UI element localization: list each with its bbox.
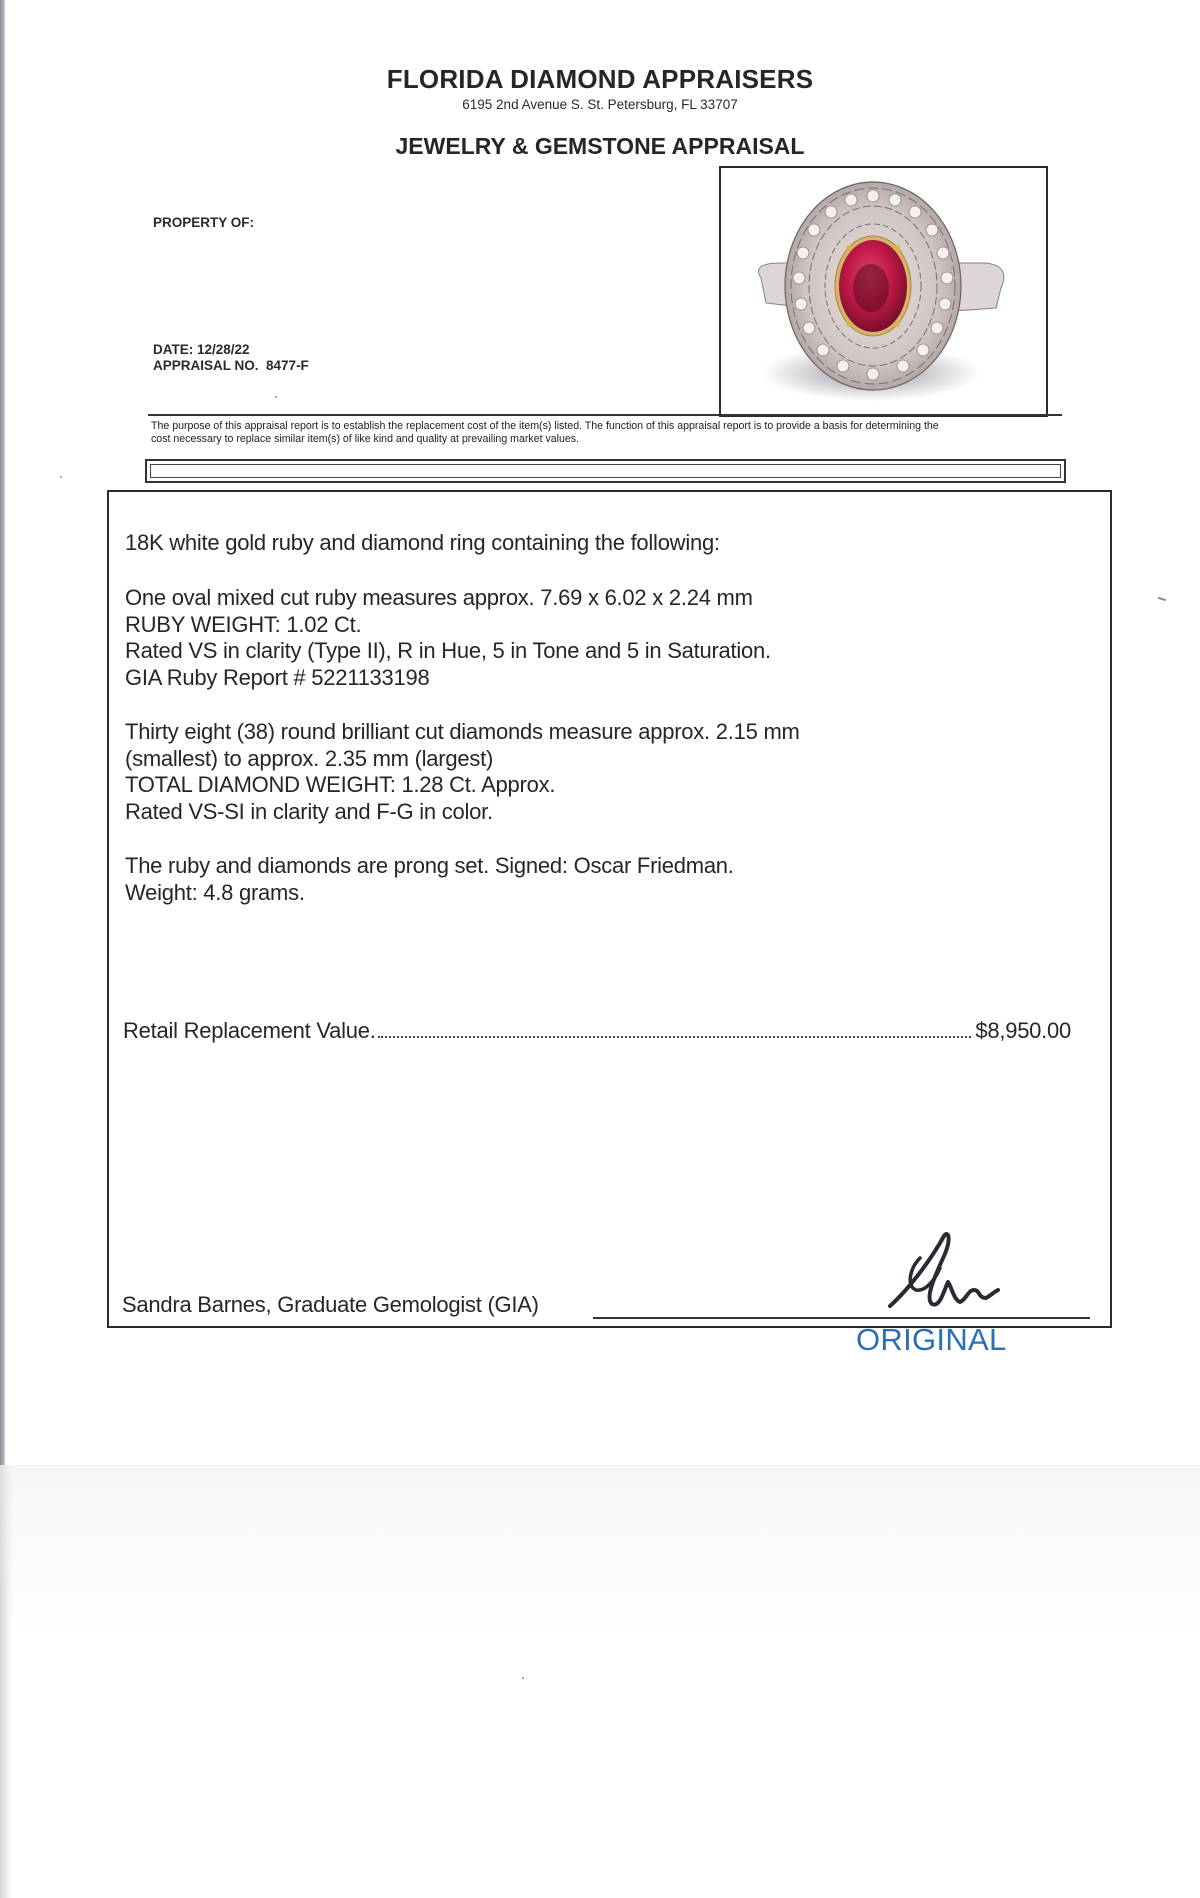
diamond-details: Thirty eight (38) round brilliant cut di… xyxy=(125,719,800,825)
item-summary: 18K white gold ruby and diamond ring con… xyxy=(125,530,720,557)
scan-speck xyxy=(522,1677,524,1679)
disclaimer-line-2: cost necessary to replace similar item(s… xyxy=(151,433,1066,446)
disclaimer: The purpose of this appraisal report is … xyxy=(151,420,1066,446)
section-separator-bar xyxy=(145,459,1066,483)
diamond-detail-line: Thirty eight (38) round brilliant cut di… xyxy=(125,719,800,746)
setting-detail-line: Weight: 4.8 grams. xyxy=(125,880,734,907)
scan-edge-shadow xyxy=(0,0,5,1465)
setting-detail-line: The ruby and diamonds are prong set. Sig… xyxy=(125,853,734,880)
appraiser-name: Sandra Barnes, Graduate Gemologist (GIA) xyxy=(122,1292,539,1318)
scan-speck xyxy=(60,476,62,478)
value-amount: $8,950.00 xyxy=(975,1018,1071,1044)
diamond-detail-line: TOTAL DIAMOND WEIGHT: 1.28 Ct. Approx. xyxy=(125,772,800,799)
company-name: FLORIDA DIAMOND APPRAISERS xyxy=(0,64,1200,95)
retail-replacement-value: Retail Replacement Value. $8,950.00 xyxy=(123,1018,1071,1044)
date-field: DATE: 12/28/22 xyxy=(153,342,250,357)
original-stamp: ORIGINAL xyxy=(856,1322,1007,1358)
appraisal-number-value: 8477-F xyxy=(266,358,309,373)
ruby-detail-line: RUBY WEIGHT: 1.02 Ct. xyxy=(125,612,771,639)
value-label: Retail Replacement Value. xyxy=(123,1018,376,1044)
date-label: DATE: xyxy=(153,342,193,357)
header-divider xyxy=(148,414,1062,416)
ring-photo-icon xyxy=(721,168,1046,415)
disclaimer-line-1: The purpose of this appraisal report is … xyxy=(151,420,1066,433)
diamond-detail-line: (smallest) to approx. 2.35 mm (largest) xyxy=(125,746,800,773)
scan-speck xyxy=(275,396,277,398)
dot-leader xyxy=(378,1035,972,1038)
appraisal-number-label: APPRAISAL NO. xyxy=(153,358,259,373)
appraisal-number-field: APPRAISAL NO. 8477-F xyxy=(153,358,309,373)
ring-photo xyxy=(719,166,1048,417)
signature-icon xyxy=(870,1228,1010,1318)
ruby-detail-line: One oval mixed cut ruby measures approx.… xyxy=(125,585,771,612)
ruby-detail-line: Rated VS in clarity (Type II), R in Hue,… xyxy=(125,638,771,665)
ruby-detail-line: GIA Ruby Report # 5221133198 xyxy=(125,665,771,692)
ruby-details: One oval mixed cut ruby measures approx.… xyxy=(125,585,771,691)
diamond-detail-line: Rated VS-SI in clarity and F-G in color. xyxy=(125,799,800,826)
setting-details: The ruby and diamonds are prong set. Sig… xyxy=(125,853,734,906)
scan-shade xyxy=(0,1465,1200,1898)
scan-speck xyxy=(1158,597,1166,601)
signature-line xyxy=(593,1317,1090,1319)
property-of-label: PROPERTY OF: xyxy=(153,215,254,230)
scan-edge-shadow-lower xyxy=(0,1465,14,1898)
date-value: 12/28/22 xyxy=(197,342,250,357)
company-address: 6195 2nd Avenue S. St. Petersburg, FL 33… xyxy=(0,97,1200,112)
document-title: JEWELRY & GEMSTONE APPRAISAL xyxy=(0,133,1200,160)
